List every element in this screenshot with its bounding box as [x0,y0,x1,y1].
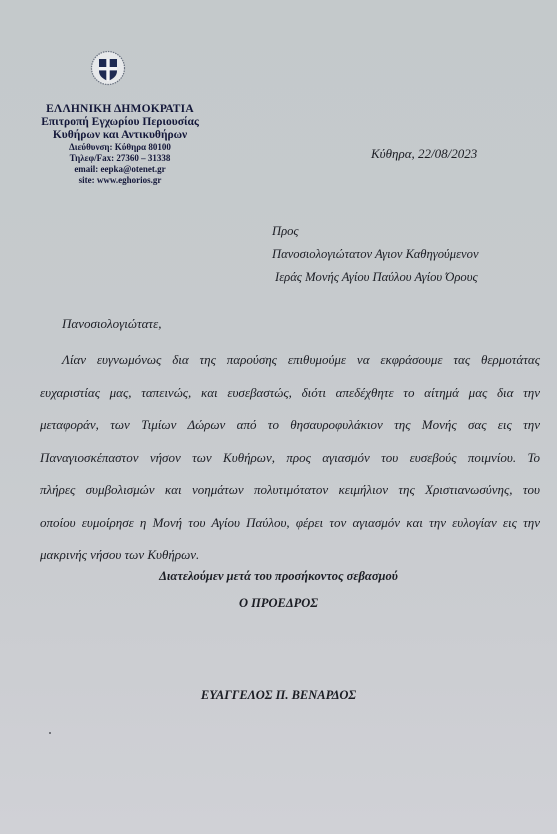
signer-name: ΕΥΑΓΓΕΛΟΣ Π. ΒΕΝΑΡΔΟΣ [0,688,557,703]
letter-body: Λίαν ευγνωμόνως δια της παρούσης επιθυμο… [40,344,540,572]
body-line: οποίου ευμοίρησε η Μονή του Αγίου Παύλου… [40,507,540,540]
letterhead-phone: Τηλεφ/Fax: 27360 – 31338 [20,153,220,164]
signer-title: Ο ΠΡΟΕΔΡΟΣ [0,596,557,611]
salutation: Πανοσιολογιώτατε, [62,316,161,332]
letter-date: Κύθηρα, 22/08/2023 [371,146,477,162]
body-line: Λίαν ευγνωμόνως δια της παρούσης επιθυμο… [40,344,540,377]
recipient-line2: Ιεράς Μονής Αγίου Παύλου Αγίου Όρους [272,266,479,289]
letter-page: ΕΛΛΗΝΙΚΗ ΔΗΜΟΚΡΑΤΙΑ Επιτροπή Εγχωρίου Πε… [0,0,557,834]
letterhead-address: Διεύθυνση: Κύθηρα 80100 [20,142,220,153]
letterhead-email: email: eepka@otenet.gr [20,164,220,175]
body-line: ευχαριστίας μας, ταπεινώς, και ευσεβαστώ… [40,377,540,410]
greek-coat-of-arms-icon [90,50,126,86]
body-line: μεταφοράν, των Τιμίων Δώρων από το θησαυ… [40,409,540,442]
closing-phrase: Διατελούμεν μετά του προσήκοντος σεβασμο… [0,569,557,584]
letterhead-site: site: www.eghorios.gr [20,175,220,186]
letterhead-country: ΕΛΛΗΝΙΚΗ ΔΗΜΟΚΡΑΤΙΑ [20,103,220,116]
body-line: πλήρες συμβολισμών και νοημάτων πολυτιμό… [40,474,540,507]
paper-speck [49,732,51,734]
body-line: μακρινής νήσου των Κυθήρων. [40,539,540,572]
body-line: Παναγιοσκέπαστον νήσον των Κυθήρων, προς… [40,442,540,475]
recipient-to: Προς [272,220,479,243]
letterhead-org-line1: Επιτροπή Εγχωρίου Περιουσίας [20,116,220,129]
recipient-line1: Πανοσιολογιώτατον Αγιον Καθηγούμενον [272,243,479,266]
recipient-block: Προς Πανοσιολογιώτατον Αγιον Καθηγούμενο… [272,220,479,289]
letterhead-org-line2: Κυθήρων και Αντικυθήρων [20,129,220,142]
